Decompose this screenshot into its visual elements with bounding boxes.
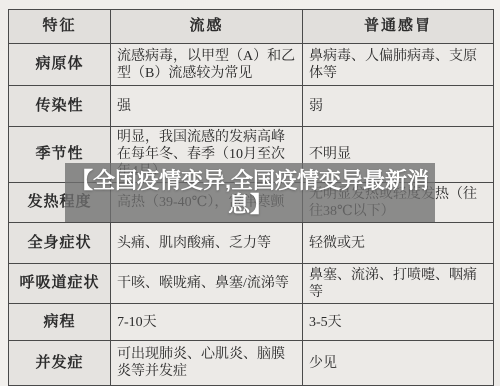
row-label: 传染性 — [9, 86, 111, 127]
watermark-title-line2: 息】 — [228, 193, 272, 217]
flu-cell: 7-10天 — [111, 304, 303, 341]
cold-cell: 轻微或无 — [303, 223, 494, 264]
row-label: 全身症状 — [9, 223, 111, 264]
row-label: 呼吸道症状 — [9, 264, 111, 304]
flu-cell: 干咳、喉咙痛、鼻塞/流涕等 — [111, 264, 303, 304]
watermark-title-line1: 【全国疫情变异,全国疫情变异最新消 — [71, 169, 429, 193]
header-flu: 流感 — [111, 10, 303, 44]
header-feature: 特征 — [9, 10, 111, 44]
table-row-systemic-symptoms: 全身症状 头痛、肌肉酸痛、乏力等 轻微或无 — [9, 223, 494, 264]
page-background: 特征 流感 普通感冒 病原体 流感病毒，以甲型（A）和乙型（B）流感较为常见 鼻… — [0, 0, 500, 386]
cold-cell: 少见 — [303, 341, 494, 386]
table-row-respiratory-symptoms: 呼吸道症状 干咳、喉咙痛、鼻塞/流涕等 鼻塞、流涕、打喷嚏、咽痛等 — [9, 264, 494, 304]
flu-cell: 流感病毒，以甲型（A）和乙型（B）流感较为常见 — [111, 44, 303, 86]
cold-cell: 鼻病毒、人偏肺病毒、支原体等 — [303, 44, 494, 86]
table-row-complications: 并发症 可出现肺炎、心肌炎、脑膜炎等并发症 少见 — [9, 341, 494, 386]
table-row-pathogen: 病原体 流感病毒，以甲型（A）和乙型（B）流感较为常见 鼻病毒、人偏肺病毒、支原… — [9, 44, 494, 86]
row-label: 病程 — [9, 304, 111, 341]
cold-cell: 鼻塞、流涕、打喷嚏、咽痛等 — [303, 264, 494, 304]
table-row-contagiousness: 传染性 强 弱 — [9, 86, 494, 127]
cold-cell: 弱 — [303, 86, 494, 127]
header-row: 特征 流感 普通感冒 — [9, 10, 494, 44]
flu-cell: 头痛、肌肉酸痛、乏力等 — [111, 223, 303, 264]
cold-cell: 3-5天 — [303, 304, 494, 341]
flu-cell: 可出现肺炎、心肌炎、脑膜炎等并发症 — [111, 341, 303, 386]
header-common-cold: 普通感冒 — [303, 10, 494, 44]
row-label: 并发症 — [9, 341, 111, 386]
flu-cell: 强 — [111, 86, 303, 127]
watermark-overlay: 【全国疫情变异,全国疫情变异最新消 息】 — [65, 163, 435, 222]
table-row-course: 病程 7-10天 3-5天 — [9, 304, 494, 341]
row-label: 病原体 — [9, 44, 111, 86]
